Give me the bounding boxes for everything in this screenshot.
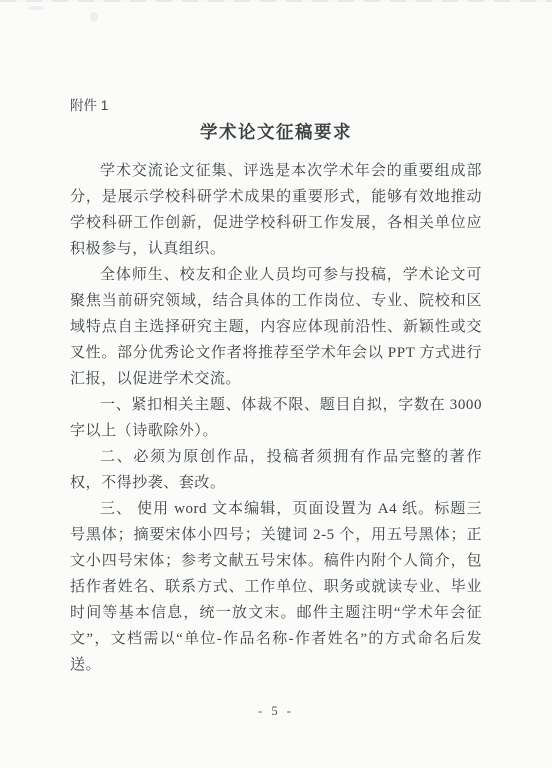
scan-smudge <box>90 12 98 22</box>
document-content: 附件 1 学术论文征稿要求 学术交流论文征集、评选是本次学术年会的重要组成部分，… <box>70 97 482 678</box>
page-number: - 5 - <box>0 704 552 719</box>
scan-smudge <box>28 6 44 10</box>
paragraph: 二、必须为原创作品，投稿者须拥有作品完整的著作权，不得抄袭、套改。 <box>70 444 482 496</box>
paragraph: 三、 使用 word 文本编辑，页面设置为 A4 纸。标题三号黑体；摘要宋体小四… <box>70 496 482 678</box>
document-page: 附件 1 学术论文征稿要求 学术交流论文征集、评选是本次学术年会的重要组成部分，… <box>0 0 552 768</box>
scan-edge-artifact <box>0 0 552 2</box>
page-title: 学术论文征稿要求 <box>70 121 482 143</box>
paragraph: 学术交流论文征集、评选是本次学术年会的重要组成部分，是展示学校科研学术成果的重要… <box>70 158 482 262</box>
paragraph: 一、紧扣相关主题、体裁不限、题目自拟，字数在 3000 字以上（诗歌除外）。 <box>70 392 482 444</box>
attachment-label: 附件 1 <box>70 97 482 114</box>
paragraph: 全体师生、校友和企业人员均可参与投稿，学术论文可聚焦当前研究领域，结合具体的工作… <box>70 262 482 392</box>
document-body: 学术交流论文征集、评选是本次学术年会的重要组成部分，是展示学校科研学术成果的重要… <box>70 158 482 678</box>
